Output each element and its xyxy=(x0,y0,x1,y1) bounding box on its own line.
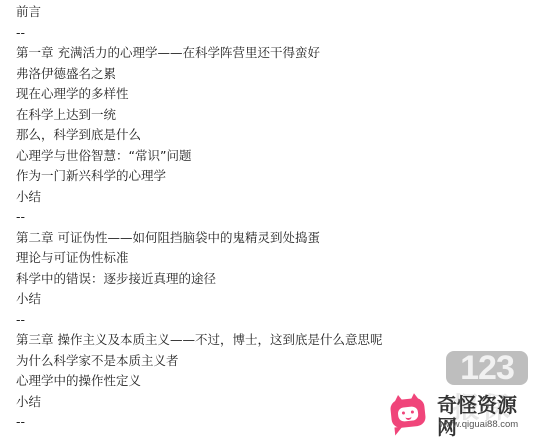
toc-separator: -- xyxy=(16,310,533,331)
toc-section: 心理学中的操作性定义 xyxy=(16,371,533,392)
toc-section: 现在心理学的多样性 xyxy=(16,84,533,105)
toc-section: 那么，科学到底是什么 xyxy=(16,125,533,146)
toc-chapter-3-title: 第三章 操作主义及本质主义——不过，博士，这到底是什么意思呢 xyxy=(16,330,533,351)
toc-separator: -- xyxy=(16,412,533,433)
toc-section: 弗洛伊德盛名之累 xyxy=(16,64,533,85)
toc-section: 为什么科学家不是本质主义者 xyxy=(16,351,533,372)
toc-separator: -- xyxy=(16,23,533,44)
toc-summary: 小结 xyxy=(16,187,533,208)
toc-section: 心理学与世俗智慧：“常识”问题 xyxy=(16,146,533,167)
toc-section: 科学中的错误：逐步接近真理的途径 xyxy=(16,269,533,290)
toc-summary: 小结 xyxy=(16,392,533,413)
toc-section: 理论与可证伪性标准 xyxy=(16,248,533,269)
toc-chapter-2-title: 第二章 可证伪性——如何阻挡脑袋中的鬼精灵到处捣蛋 xyxy=(16,228,533,249)
toc-line-preface: 前言 xyxy=(16,2,533,23)
table-of-contents: 前言 -- 第一章 充满活力的心理学——在科学阵营里还干得蛮好 弗洛伊德盛名之累… xyxy=(16,2,533,433)
toc-separator: -- xyxy=(16,207,533,228)
toc-section: 作为一门新兴科学的心理学 xyxy=(16,166,533,187)
toc-summary: 小结 xyxy=(16,289,533,310)
toc-chapter-1-title: 第一章 充满活力的心理学——在科学阵营里还干得蛮好 xyxy=(16,43,533,64)
toc-section: 在科学上达到一统 xyxy=(16,105,533,126)
